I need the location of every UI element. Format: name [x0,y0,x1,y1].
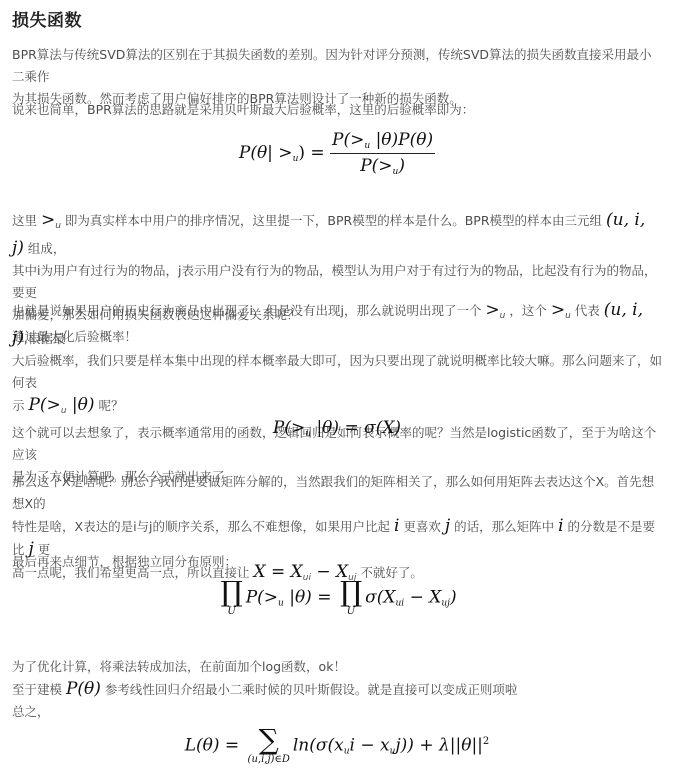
eq-text: P(> [273,418,305,438]
product-symbol: ∏ [340,578,362,606]
eq-text: |θ) = [284,588,337,608]
eq-text: ) [398,156,405,176]
eq-text: L(θ) = [185,736,245,756]
product-operator: ∏U [220,578,242,618]
paragraph-posterior: 说来也简单，BPR算法的思路就是采用贝叶斯最大后验概率，这里的后验概率即为： [12,99,662,121]
paragraph-log: 为了优化计算，将乘法转成加法，在前面加个log函数，ok！ 至于建模 P(θ) … [12,656,662,723]
eq-text: j)) + λ||θ|| [395,736,483,756]
eq-text: |θ)P(θ) [370,130,433,150]
equation-posterior: P(θ| >u) = P(>u |θ)P(θ) P(>u) [0,130,674,177]
text: ,根据最 [24,331,65,346]
text: 代表 [571,303,604,318]
eq-text: |θ) = σ(X) [311,418,401,438]
eq-text: i − x [350,736,390,756]
eq-sub: ui [396,599,405,609]
product-symbol: ∏ [220,578,242,606]
equation-sigmoid: P(>u |θ) = σ(X) [0,418,674,439]
math: > [551,300,565,320]
text: 这里 [12,213,41,228]
eq-text: − X [404,588,441,608]
eq-text: P(> [332,130,364,150]
text: 那么这个X是啥呢？别忘了我们是要做矩阵分解的，当然跟我们的矩阵相关了，那么如何用… [12,474,654,511]
paragraph-history: 也就是说如果用户的历史行为商品中出现了i，但是没有出现j，那么就说明出现了一个 … [12,299,662,488]
equation-product: ∏UP(>u |θ) = ∏Uσ(Xui − Xuj) [0,578,674,618]
fraction: P(>u |θ)P(θ) P(>u) [330,130,435,177]
text: 也就是说如果用户的历史行为商品中出现了i，但是没有出现j，那么就说明出现了一个 [12,303,485,318]
math: P(> [28,395,60,415]
text: 更喜欢 [399,519,444,534]
math: |θ) [67,395,95,415]
text: 其中i为用户有过行为的物品，j表示用户没有行为的物品，模型认为用户对于有过行为的… [12,263,656,300]
text: 的话，那么矩阵中 [450,519,558,534]
text: 参考线性回归介绍最小二乘时候的贝叶斯假设。就是直接可以变成正则项啦 [101,682,517,697]
eq-text: ) = [298,143,330,163]
eq-text: P(> [246,588,278,608]
limit: (u,i,j)∈D [248,754,290,766]
eq-text: ) [450,588,457,608]
text: 特性是啥，X表达的是i与j的顺序关系，那么不难想像，如果用户比起 [12,519,394,534]
text: 组成， [24,241,65,256]
eq-text: ln(σ(x [293,736,344,756]
equation-loss: L(θ) = ∑(u,i,j)∈Dln(σ(xui − xuj)) + λ||θ… [0,726,674,766]
sum-symbol: ∑ [248,726,290,754]
text: 即为真实样本中用户的排序情况，这里提一下，BPR模型的样本是什么。BPR模型的样… [61,213,606,228]
eq-text: P(θ| > [239,143,293,163]
text: 总之， [12,704,50,719]
paragraph-iid: 最后再来点细节，根据独立同分布原则： [12,551,662,573]
eq-text: P(> [360,156,392,176]
math: > [41,210,55,230]
text: 大后验概率，我们只要是样本集中出现的样本概率最大即可，因为只要出现了就说明概率比… [12,353,662,390]
eq-sub: uj [441,599,450,609]
text: 为了优化计算，将乘法转成加法，在前面加个log函数，ok！ [12,659,346,674]
math: P(θ) [66,679,101,699]
sum-operator: ∑(u,i,j)∈D [248,726,290,766]
text: BPR算法与传统SVD算法的区别在于其损失函数的差别。因为针对评分预测，传统SV… [12,47,652,84]
text: 呢？ [95,398,124,413]
text: ，这个 [505,303,550,318]
text: 示 [12,398,28,413]
product-operator: ∏U [340,578,362,618]
math: > [485,300,499,320]
eq-text: σ(X [365,588,395,608]
text: 至于建模 [12,682,66,697]
eq-sup: 2 [483,736,489,747]
section-heading: 损失函数 [12,6,82,31]
